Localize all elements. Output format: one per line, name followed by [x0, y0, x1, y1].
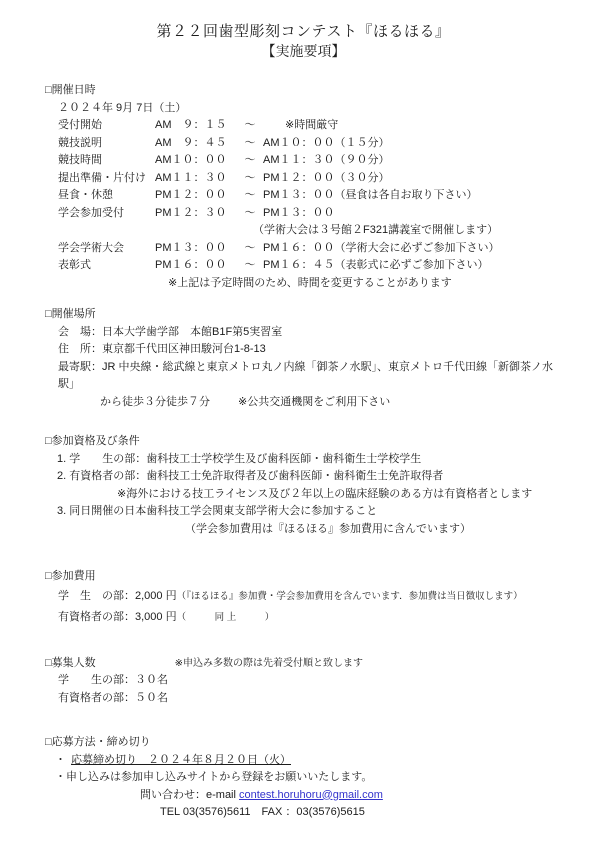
schedule-start-time: PM１２：００ [155, 187, 237, 205]
event-date: ２０２４年 9月 7日（土） [58, 100, 562, 118]
document-page: 第２２回歯型彫刻コンテスト『ほるほる』 【実施要項】 □開催日時 ２０２４年 9… [0, 0, 600, 848]
schedule-tilde: ～ [237, 240, 263, 258]
schedule-label: 提出準備・片付け [58, 170, 155, 188]
schedule-tilde: ～ [237, 135, 263, 153]
section-fees-heading: □参加費用 [45, 568, 562, 586]
page-subtitle: 【実施要項】 [45, 42, 562, 61]
schedule-end-time: PM１６：００（学術大会に必ずご参加下さい） [263, 240, 500, 258]
fee-row-licensed: 有資格者の部：3,000 円（ 同 上 ） [58, 607, 562, 628]
schedule-label: 受付開始 [58, 117, 155, 135]
schedule-end-time: AM１１：３０（９０分） [263, 152, 390, 170]
contact-row: 問い合わせ：e-mail contest.horuhoru@gmail.com [140, 787, 562, 805]
fee-label: 学 生 の部： [58, 590, 135, 602]
tel-fax-row: TEL 03(3576)5611 FAX ：03(3576)5615 [160, 804, 562, 822]
schedule-end-time: PM１３：００ [263, 205, 335, 223]
contact-label: 問い合わせ：e-mail [140, 789, 239, 801]
schedule-label: 表彰式 [58, 257, 155, 275]
schedule-tilde: ～ [237, 187, 263, 205]
schedule-row-award-ceremony: 表彰式 PM１６：００ ～ PM１６：４５（表彰式に必ずご参加下さい） [58, 257, 562, 275]
schedule-tilde: ～ [237, 152, 263, 170]
section-venue-heading: □開催場所 [45, 306, 562, 324]
venue-address-value: 東京都千代田区神田駿河台1-8-13 [102, 343, 266, 355]
fee-row-students: 学 生 の部：2,000 円（『ほるほる』参加費・学会参加費用を含んでいます．参… [58, 586, 562, 607]
schedule-label: 学会参加受付 [58, 205, 155, 223]
section-application-heading: □応募方法・締め切り [45, 734, 562, 752]
schedule-start-time: PM１２：３０ [155, 205, 237, 223]
schedule-label: 競技説明 [58, 135, 155, 153]
fee-amount: 2,000 円 [135, 590, 177, 602]
public-transport-note: ※公共交通機関をご利用下さい [238, 396, 390, 408]
application-deadline-row: ・応募締め切り ２０２４年８月２０日（火） [55, 752, 562, 770]
section-venue: □開催場所 会 場：日本大学歯学部 本館B1F第5実習室 住 所：東京都千代田区… [45, 306, 562, 411]
venue-address-label: 住 所： [58, 343, 102, 355]
schedule-end-time: PM１３：００（昼食は各自お取り下さい） [263, 187, 478, 205]
schedule-start-time: PM１３：００ [155, 240, 237, 258]
eligibility-item-students: 1. 学 生の部：歯科技工士学校学生及び歯科医師・歯科衛生士学校学生 [57, 451, 562, 469]
section-eligibility-heading: □参加資格及び条件 [45, 433, 562, 451]
schedule-row-competition: 競技時間 AM１０：００ ～ AM１１：３０（９０分） [58, 152, 562, 170]
capacity-licensed: 有資格者の部：５０名 [58, 690, 562, 708]
schedule-tilde: ～ [237, 257, 263, 275]
venue-station-label: 最寄駅： [58, 361, 102, 373]
bullet-icon: ・ [55, 754, 66, 766]
schedule-start-time: AM ９：４５ [155, 135, 237, 153]
capacity-students: 学 生の部：３０名 [58, 672, 562, 690]
venue-station-value: JR 中央線・総武線と東京メトロ丸ノ内線「御茶ノ水駅」、東京メトロ千代田線「新御… [58, 361, 553, 391]
schedule-row-reception: 受付開始 AM ９：１５ ～ ※時間厳守 [58, 117, 562, 135]
schedule-start-time: AM１１：３０ [155, 170, 237, 188]
section-fees: □参加費用 学 生 の部：2,000 円（『ほるほる』参加費・学会参加費用を含ん… [45, 568, 562, 628]
eligibility-item-licensed: 2. 有資格者の部：歯科技工士免許取得者及び歯科医師・歯科衛生士免許取得者 [57, 468, 562, 486]
section-datetime-heading: □開催日時 [45, 82, 562, 100]
section-capacity: □募集人数 ※申込み多数の際は先着受付順と致します 学 生の部：３０名 有資格者… [45, 655, 562, 708]
schedule-tilde: ～ [237, 205, 263, 223]
lecture-hall-note: （学術大会は３号館２F321講義室で開催します） [253, 222, 562, 240]
venue-hall-value: 日本大学歯学部 本館B1F第5実習室 [102, 326, 282, 338]
fee-ditto-note: （ 同 上 ） [177, 612, 275, 623]
schedule-row-society-reception: 学会参加受付 PM１２：３０ ～ PM１３：００ [58, 205, 562, 223]
capacity-heading-row: □募集人数 ※申込み多数の際は先着受付順と致します [45, 655, 562, 673]
schedule-footnote: ※上記は予定時間のため、時間を変更することがあります [168, 275, 562, 293]
eligibility-overseas-note: ※海外における技工ライセンス及び２年以上の臨床経験のある方は有資格者とします [117, 486, 562, 504]
page-title: 第２２回歯型彫刻コンテスト『ほるほる』 [45, 21, 562, 42]
schedule-row-academic-meeting: 学会学術大会 PM１３：００ ～ PM１６：００（学術大会に必ずご参加下さい） [58, 240, 562, 258]
schedule-tilde: ～ [237, 117, 263, 135]
section-capacity-heading: □募集人数 [45, 655, 96, 673]
section-application: □応募方法・締め切り ・応募締め切り ２０２４年８月２０日（火） ・申し込みは参… [45, 734, 562, 822]
schedule-tilde: ～ [237, 170, 263, 188]
schedule-label: 学会学術大会 [58, 240, 155, 258]
venue-address-row: 住 所：東京都千代田区神田駿河台1-8-13 [58, 341, 562, 359]
schedule-row-lunch: 昼食・休憩 PM１２：００ ～ PM１３：００（昼食は各自お取り下さい） [58, 187, 562, 205]
venue-hall-label: 会 場： [58, 326, 102, 338]
schedule-row-submission: 提出準備・片付け AM１１：３０ ～ PM１２：００（３０分） [58, 170, 562, 188]
schedule-row-briefing: 競技説明 AM ９：４５ ～ AM１０：００（１５分） [58, 135, 562, 153]
venue-hall-row: 会 場：日本大学歯学部 本館B1F第5実習室 [58, 324, 562, 342]
contact-email-link[interactable]: contest.horuhoru@gmail.com [239, 789, 383, 801]
section-eligibility: □参加資格及び条件 1. 学 生の部：歯科技工士学校学生及び歯科医師・歯科衛生士… [45, 433, 562, 538]
application-site-instruction: ・申し込みは参加申し込みサイトから登録をお願いいたします。 [55, 769, 562, 787]
fee-label: 有資格者の部： [58, 611, 135, 623]
venue-station-continuation: から徒歩３分徒歩７分※公共交通機関をご利用下さい [100, 394, 562, 412]
schedule-note: ※時間厳守 [285, 117, 338, 135]
schedule-end-time: PM１２：００（３０分） [263, 170, 390, 188]
eligibility-item-meeting: 3. 同日開催の日本歯科技工学会関東支部学術大会に参加すること [57, 503, 562, 521]
fee-detail-note: （『ほるほる』参加費・学会参加費用を含んでいます．参加費は当日徴収します） [177, 591, 523, 602]
schedule-start-time: PM１６：００ [155, 257, 237, 275]
eligibility-fee-included-note: （学会参加費用は『ほるほる』参加費用に含んでいます） [185, 521, 562, 539]
schedule-start-time: AM ９：１５ [155, 117, 237, 135]
schedule-end-time: PM１６：４５（表彰式に必ずご参加下さい） [263, 257, 489, 275]
fee-amount: 3,000 円 [135, 611, 177, 623]
schedule-start-time: AM１０：００ [155, 152, 237, 170]
capacity-first-come-note: ※申込み多数の際は先着受付順と致します [175, 655, 363, 673]
schedule-label: 昼食・休憩 [58, 187, 155, 205]
venue-walk-text: から徒歩３分徒歩７分 [100, 396, 210, 408]
venue-station-row: 最寄駅：JR 中央線・総武線と東京メトロ丸ノ内線「御茶ノ水駅」、東京メトロ千代田… [58, 359, 562, 394]
application-deadline: 応募締め切り ２０２４年８月２０日（火） [71, 754, 291, 766]
schedule-label: 競技時間 [58, 152, 155, 170]
section-datetime: □開催日時 ２０２４年 9月 7日（土） 受付開始 AM ９：１５ ～ ※時間厳… [45, 82, 562, 292]
schedule-end-time: AM１０：００（１５分） [263, 135, 390, 153]
